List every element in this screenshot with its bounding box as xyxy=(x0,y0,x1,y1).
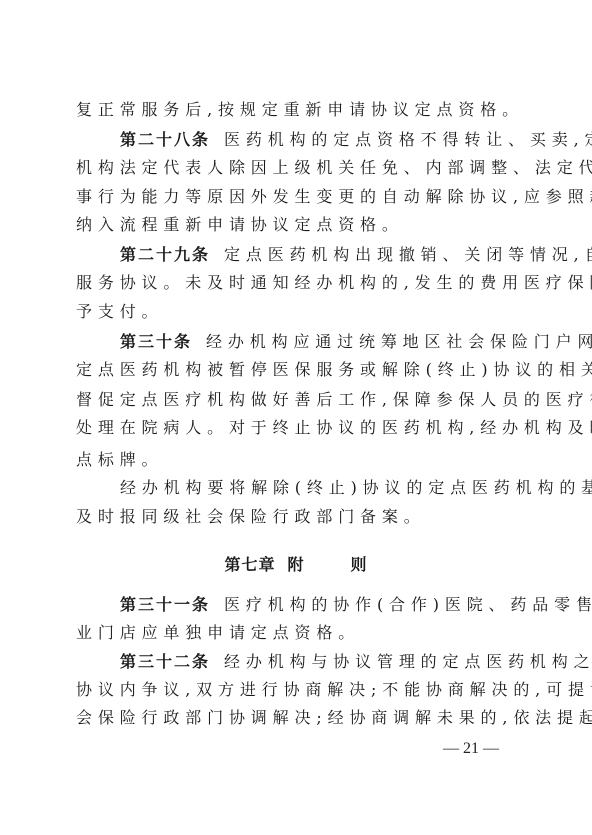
text-line: 事行为能力等原因外发生变更的自动解除协议,应参照新增定点 xyxy=(76,186,521,208)
article-28-line: 第二十八条医药机构的定点资格不得转让、买卖,定点医药 xyxy=(120,129,565,151)
article-text: 定点医药机构出现撤销、关闭等情况,自动终止 xyxy=(224,245,592,264)
chapter-heading: 第七章附则 xyxy=(0,552,592,575)
text-line: 督促定点医疗机构做好善后工作,保障参保人员的医疗待遇,妥善 xyxy=(76,389,521,411)
article-heading: 第三十条 xyxy=(120,332,192,351)
page-dash-right: — xyxy=(483,740,499,757)
article-heading: 第二十九条 xyxy=(120,245,210,264)
text-line: 及时报同级社会保险行政部门备案。 xyxy=(76,506,521,528)
chapter-title-part2: 则 xyxy=(351,555,368,574)
chapter-title-part1: 附 xyxy=(287,555,304,574)
article-29-line: 第二十九条定点医药机构出现撤销、关闭等情况,自动终止 xyxy=(120,244,565,266)
text-line: 纳入流程重新申请协议定点资格。 xyxy=(76,214,521,236)
text-line: 予支付。 xyxy=(76,301,521,323)
article-text: 医疗机构的协作(合作)医院、药品零售连锁企 xyxy=(224,595,592,614)
text-line: 经办机构要将解除(终止)协议的定点医药机构的基本信息 xyxy=(120,477,565,499)
text-line: 会保险行政部门协调解决;经协商调解未果的,依法提起行政复 xyxy=(76,707,521,729)
page-number-value: 21 xyxy=(463,740,479,757)
page-number: — 21 — xyxy=(436,740,506,758)
text-line: 点标牌。 xyxy=(76,449,521,471)
text-line: 处理在院病人。对于终止协议的医药机构,经办机构及时收回定 xyxy=(76,417,521,439)
text-line: 业门店应单独申请定点资格。 xyxy=(76,622,521,644)
page-dash-left: — xyxy=(443,740,459,757)
article-31-line: 第三十一条医疗机构的协作(合作)医院、药品零售连锁企 xyxy=(120,594,565,616)
article-heading: 第三十二条 xyxy=(120,652,210,671)
article-heading: 第三十一条 xyxy=(120,595,210,614)
text-line: 机构法定代表人除因上级机关任免、内部调整、法定代表人丧失民 xyxy=(76,157,521,179)
article-heading: 第二十八条 xyxy=(120,130,210,149)
article-30-line: 第三十条经办机构应通过统筹地区社会保险门户网站发布 xyxy=(120,331,565,353)
article-text: 经办机构应通过统筹地区社会保险门户网站发布 xyxy=(206,332,592,351)
chapter-number: 第七章 xyxy=(224,555,275,574)
text-line: 复正常服务后,按规定重新申请协议定点资格。 xyxy=(76,99,521,121)
text-line: 协议内争议,双方进行协商解决;不能协商解决的,可提请同级社 xyxy=(76,679,521,701)
article-text: 经办机构与协议管理的定点医药机构之间发生 xyxy=(224,652,592,671)
article-text: 医药机构的定点资格不得转让、买卖,定点医药 xyxy=(224,130,592,149)
article-32-line: 第三十二条经办机构与协议管理的定点医药机构之间发生 xyxy=(120,651,565,673)
text-line: 服务协议。未及时通知经办机构的,发生的费用医疗保险基金不 xyxy=(76,272,521,294)
text-line: 定点医药机构被暂停医保服务或解除(终止)协议的相关信息,并 xyxy=(76,359,521,381)
